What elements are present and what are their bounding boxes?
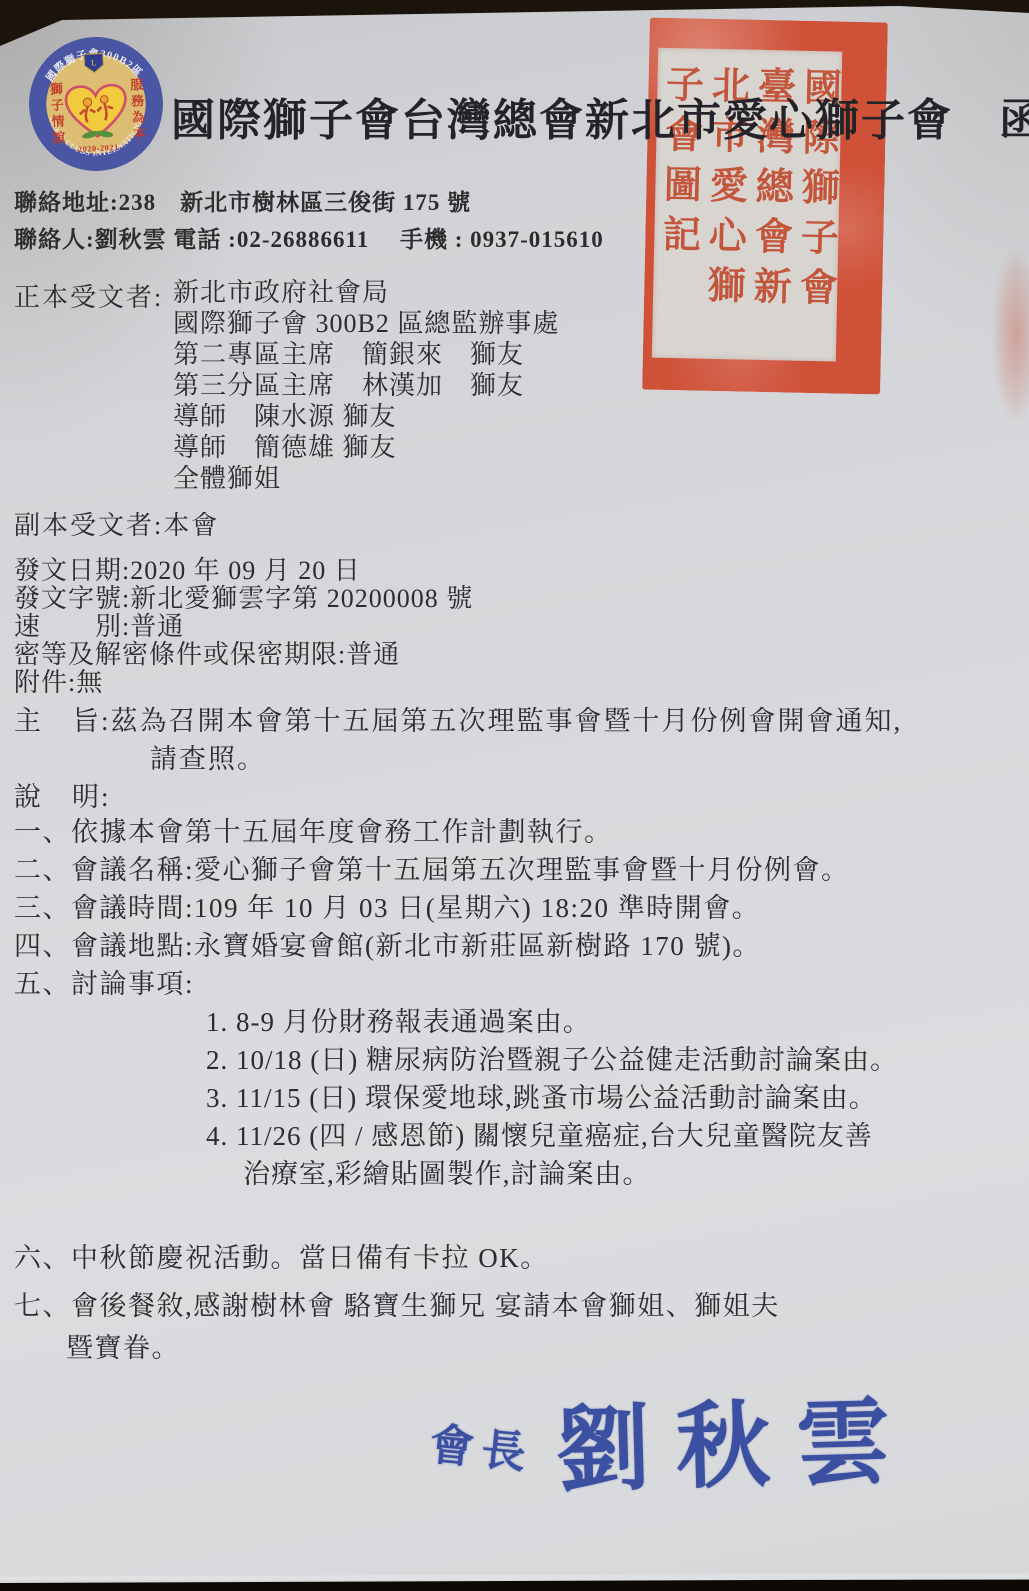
- recipient-line: 新北市政府社會局: [173, 277, 559, 308]
- discussion-item: 1. 8-9 月份財務報表通過案由。: [206, 1003, 898, 1041]
- closing-item-continued: 暨寶眷。: [66, 1326, 180, 1365]
- closing-item: 七、會後餐敘,感謝樹林會 駱寶生獅兄 宴請本會獅姐、獅姐夫: [14, 1284, 780, 1323]
- explanation-item: 五、討論事項:: [14, 965, 850, 1003]
- meta-line-security: 密等及解密條件或保密期限:普通: [14, 641, 473, 669]
- recipient-line: 國際獅子會 300B2 區總監辦事處: [173, 308, 559, 339]
- meta-line-number: 發文字號:新北愛獅雲字第 20200008 號: [14, 585, 473, 613]
- discussion-item: 2. 10/18 (日) 糖尿病防治暨親子公益健走活動討論案由。: [206, 1041, 898, 1079]
- recipient-line: 第三分區主席 林漢加 獅友: [173, 370, 559, 401]
- subject-line: 主 旨:茲為召開本會第十五屆第五次理監事會暨十月份例會開會通知,: [14, 699, 902, 738]
- signature-role: 會長: [427, 1408, 537, 1482]
- meta-line-attachment: 附件:無: [14, 669, 473, 697]
- letter-title: 國際獅子會台灣總會新北市愛心獅子會 函: [171, 84, 1029, 148]
- contact-person-line: 聯絡人:劉秋雲 電話 :02-26886611 手機 : 0937-015610: [14, 221, 604, 254]
- contact-address-line: 聯絡地址:238 新北市樹林區三俊街 175 號: [14, 184, 471, 217]
- recipient-line: 第二專區主席 簡銀來 獅友: [173, 339, 559, 370]
- club-seal-stamp: 國際獅子會臺灣總會新北市愛心獅子會圖記: [642, 18, 888, 395]
- discussion-item: 3. 11/15 (日) 環保愛地球,跳蚤市場公益活動討論案由。: [206, 1079, 898, 1117]
- recipients-label: 正本受文者:: [14, 277, 163, 314]
- explanation-label: 說 明:: [14, 775, 111, 814]
- explanation-item: 四、會議地點:永寶婚宴會館(新北市新莊區新樹路 170 號)。: [14, 927, 850, 965]
- meta-line-speed: 速 別:普通: [14, 613, 473, 641]
- explanation-item: 二、會議名稱:愛心獅子會第十五屆第五次理監事會暨十月份例會。: [14, 851, 850, 889]
- president-signature: 會長 劉秋雲: [428, 1366, 917, 1514]
- recipient-line: 全體獅姐: [173, 463, 559, 494]
- recipient-line: 導師 陳水源 獅友: [173, 401, 559, 432]
- figure-right-icon: [100, 95, 108, 103]
- explanation-list: 一、依據本會第十五屆年度會務工作計劃執行。 二、會議名稱:愛心獅子會第十五屆第五…: [14, 813, 850, 1003]
- recipients-list: 新北市政府社會局 國際獅子會 300B2 區總監辦事處 第二專區主席 簡銀來 獅…: [173, 277, 559, 494]
- closing-item: 六、中秋節慶祝活動。當日備有卡拉 OK。: [14, 1236, 549, 1275]
- signature-name: 劉秋雲: [554, 1366, 917, 1510]
- meta-line-date: 發文日期:2020 年 09 月 20 日: [14, 557, 473, 585]
- discussion-item-continued: 治療室,彩繪貼圖製作,討論案由。: [243, 1155, 898, 1193]
- cc-line: 副本受文者:本會: [14, 505, 219, 542]
- explanation-item: 三、會議時間:109 年 10 月 03 日(星期六) 18:20 準時開會。: [14, 889, 850, 927]
- lions-emblem-letter: L: [91, 58, 97, 67]
- discussion-item: 4. 11/26 (四 / 感恩節) 關懷兒童癌症,台大兒童醫院友善: [206, 1117, 898, 1155]
- recipient-line: 導師 簡德雄 獅友: [173, 432, 559, 463]
- lions-club-logo: 國際獅子會300B2區 LIONS CLUBS INTERNATIONAL L …: [25, 33, 168, 176]
- subject-line-continued: 請查照。: [150, 737, 266, 776]
- photo-background: 國際獅子會臺灣總會新北市愛心獅子會圖記 國際獅子會300B2區 LIONS CL…: [0, 0, 1029, 1591]
- figure-left-icon: [83, 98, 92, 107]
- discussion-list: 1. 8-9 月份財務報表通過案由。 2. 10/18 (日) 糖尿病防治暨親子…: [206, 1003, 898, 1193]
- explanation-item: 一、依據本會第十五屆年度會務工作計劃執行。: [14, 813, 850, 851]
- meta-block: 發文日期:2020 年 09 月 20 日 發文字號:新北愛獅雲字第 20200…: [14, 557, 473, 697]
